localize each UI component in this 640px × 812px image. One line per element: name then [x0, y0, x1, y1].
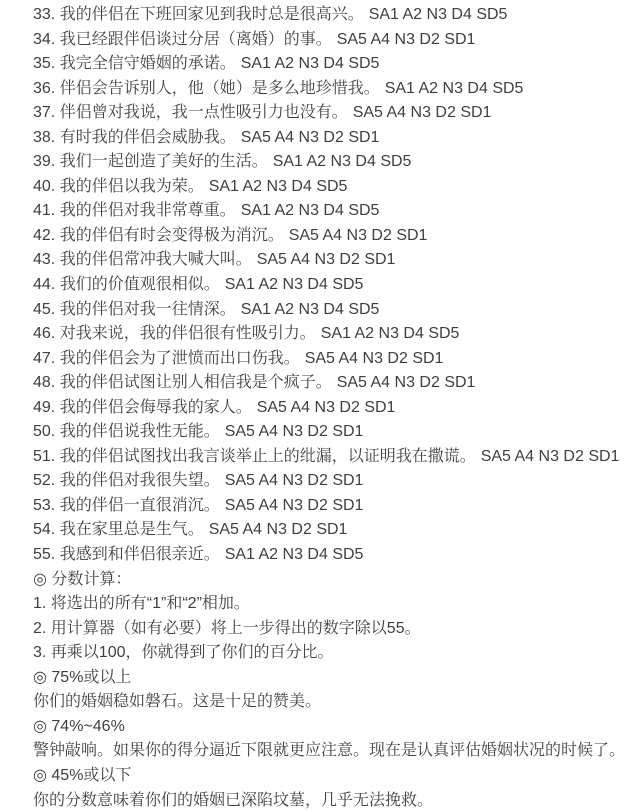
question-text: 49. 我的伴侣会侮辱我的家人。 [33, 399, 252, 416]
question-text: 37. 伴侣曾对我说，我一点性吸引力也没有。 [33, 104, 348, 121]
question-scale: SA1 A2 N3 D4 SD5 [225, 546, 364, 563]
question-text: 51. 我的伴侣试图找出我言谈举止上的纰漏，以证明我在撒谎。 [33, 448, 476, 465]
band-header: ◎ 45%或以下 [33, 764, 630, 789]
question-item: 37. 伴侣曾对我说，我一点性吸引力也没有。SA5 A4 N3 D2 SD1 [33, 101, 630, 126]
scoring-step: 1. 将选出的所有“1”和“2”相加。 [33, 592, 630, 617]
question-item: 33. 我的伴侣在下班回家见到我时总是很高兴。SA1 A2 N3 D4 SD5 [33, 3, 630, 28]
band-header: ◎ 74%~46% [33, 715, 630, 740]
question-scale: SA5 A4 N3 D2 SD1 [289, 227, 428, 244]
question-text: 47. 我的伴侣会为了泄愤而出口伤我。 [33, 350, 300, 367]
question-text: 43. 我的伴侣常冲我大喊大叫。 [33, 251, 252, 268]
question-text: 50. 我的伴侣说我性无能。 [33, 423, 220, 440]
question-scale: SA5 A4 N3 D2 SD1 [241, 129, 380, 146]
question-item: 54. 我在家里总是生气。SA5 A4 N3 D2 SD1 [33, 518, 630, 543]
question-scale: SA5 A4 N3 D2 SD1 [225, 423, 364, 440]
question-item: 43. 我的伴侣常冲我大喊大叫。SA5 A4 N3 D2 SD1 [33, 248, 630, 273]
band-description: 警钟敲响。如果你的得分逼近下限就更应注意。现在是认真评估婚姻状况的时候了。 [33, 739, 630, 764]
questionnaire-document: 33. 我的伴侣在下班回家见到我时总是很高兴。SA1 A2 N3 D4 SD5 … [0, 0, 640, 812]
question-scale: SA1 A2 N3 D4 SD5 [273, 153, 412, 170]
question-scale: SA5 A4 N3 D2 SD1 [225, 472, 364, 489]
question-text: 38. 有时我的伴侣会威胁我。 [33, 129, 236, 146]
question-text: 42. 我的伴侣有时会变得极为消沉。 [33, 227, 284, 244]
question-scale: SA5 A4 N3 D2 SD1 [481, 448, 620, 465]
question-text: 48. 我的伴侣试图让别人相信我是个疯子。 [33, 374, 332, 391]
question-item: 55. 我感到和伴侣很亲近。SA1 A2 N3 D4 SD5 [33, 543, 630, 568]
question-text: 33. 我的伴侣在下班回家见到我时总是很高兴。 [33, 6, 364, 23]
question-text: 54. 我在家里总是生气。 [33, 521, 204, 538]
question-item: 44. 我们的价值观很相似。SA1 A2 N3 D4 SD5 [33, 273, 630, 298]
question-scale: SA5 A4 N3 D2 SD1 [305, 350, 444, 367]
question-scale: SA5 A4 N3 D2 SD1 [209, 521, 348, 538]
question-item: 49. 我的伴侣会侮辱我的家人。SA5 A4 N3 D2 SD1 [33, 396, 630, 421]
question-text: 45. 我的伴侣对我一往情深。 [33, 301, 236, 318]
question-text: 39. 我们一起创造了美好的生活。 [33, 153, 268, 170]
question-item: 42. 我的伴侣有时会变得极为消沉。SA5 A4 N3 D2 SD1 [33, 224, 630, 249]
question-text: 44. 我们的价值观很相似。 [33, 276, 220, 293]
question-text: 34. 我已经跟伴侣谈过分居（离婚）的事。 [33, 31, 332, 48]
question-item: 50. 我的伴侣说我性无能。SA5 A4 N3 D2 SD1 [33, 420, 630, 445]
question-scale: SA5 A4 N3 D2 SD1 [225, 497, 364, 514]
question-text: 41. 我的伴侣对我非常尊重。 [33, 202, 236, 219]
question-item: 38. 有时我的伴侣会威胁我。SA5 A4 N3 D2 SD1 [33, 126, 630, 151]
band-header: ◎ 75%或以上 [33, 666, 630, 691]
band-description: 你的分数意味着你们的婚姻已深陷坟墓，几乎无法挽救。 [33, 789, 630, 812]
question-text: 53. 我的伴侣一直很消沉。 [33, 497, 220, 514]
question-text: 40. 我的伴侣以我为荣。 [33, 178, 204, 195]
question-item: 45. 我的伴侣对我一往情深。SA1 A2 N3 D4 SD5 [33, 298, 630, 323]
scoring-header: ◎ 分数计算： [33, 568, 630, 593]
question-item: 53. 我的伴侣一直很消沉。SA5 A4 N3 D2 SD1 [33, 494, 630, 519]
question-text: 36. 伴侣会告诉别人，他（她）是多么地珍惜我。 [33, 80, 380, 97]
scoring-step: 3. 再乘以100，你就得到了你们的百分比。 [33, 641, 630, 666]
question-scale: SA1 A2 N3 D4 SD5 [241, 301, 380, 318]
question-scale: SA1 A2 N3 D4 SD5 [369, 6, 508, 23]
question-text: 35. 我完全信守婚姻的承诺。 [33, 55, 236, 72]
question-scale: SA1 A2 N3 D4 SD5 [209, 178, 348, 195]
question-item: 40. 我的伴侣以我为荣。SA1 A2 N3 D4 SD5 [33, 175, 630, 200]
question-item: 51. 我的伴侣试图找出我言谈举止上的纰漏，以证明我在撒谎。SA5 A4 N3 … [33, 445, 630, 470]
question-scale: SA5 A4 N3 D2 SD1 [257, 399, 396, 416]
question-scale: SA5 A4 N3 D2 SD1 [353, 104, 492, 121]
question-text: 46. 对我来说，我的伴侣很有性吸引力。 [33, 325, 316, 342]
question-text: 52. 我的伴侣对我很失望。 [33, 472, 220, 489]
question-item: 46. 对我来说，我的伴侣很有性吸引力。SA1 A2 N3 D4 SD5 [33, 322, 630, 347]
band-description: 你们的婚姻稳如磐石。这是十足的赞美。 [33, 690, 630, 715]
question-item: 35. 我完全信守婚姻的承诺。SA1 A2 N3 D4 SD5 [33, 52, 630, 77]
question-scale: SA1 A2 N3 D4 SD5 [225, 276, 364, 293]
question-item: 36. 伴侣会告诉别人，他（她）是多么地珍惜我。SA1 A2 N3 D4 SD5 [33, 77, 630, 102]
question-scale: SA1 A2 N3 D4 SD5 [241, 202, 380, 219]
question-item: 34. 我已经跟伴侣谈过分居（离婚）的事。SA5 A4 N3 D2 SD1 [33, 28, 630, 53]
question-item: 39. 我们一起创造了美好的生活。SA1 A2 N3 D4 SD5 [33, 150, 630, 175]
question-item: 48. 我的伴侣试图让别人相信我是个疯子。SA5 A4 N3 D2 SD1 [33, 371, 630, 396]
scoring-step: 2. 用计算器（如有必要）将上一步得出的数字除以55。 [33, 617, 630, 642]
question-scale: SA5 A4 N3 D2 SD1 [257, 251, 396, 268]
question-text: 55. 我感到和伴侣很亲近。 [33, 546, 220, 563]
question-item: 52. 我的伴侣对我很失望。SA5 A4 N3 D2 SD1 [33, 469, 630, 494]
question-scale: SA5 A4 N3 D2 SD1 [337, 31, 476, 48]
question-item: 41. 我的伴侣对我非常尊重。SA1 A2 N3 D4 SD5 [33, 199, 630, 224]
question-scale: SA1 A2 N3 D4 SD5 [241, 55, 380, 72]
question-scale: SA1 A2 N3 D4 SD5 [321, 325, 460, 342]
question-scale: SA1 A2 N3 D4 SD5 [385, 80, 524, 97]
question-item: 47. 我的伴侣会为了泄愤而出口伤我。SA5 A4 N3 D2 SD1 [33, 347, 630, 372]
question-scale: SA5 A4 N3 D2 SD1 [337, 374, 476, 391]
